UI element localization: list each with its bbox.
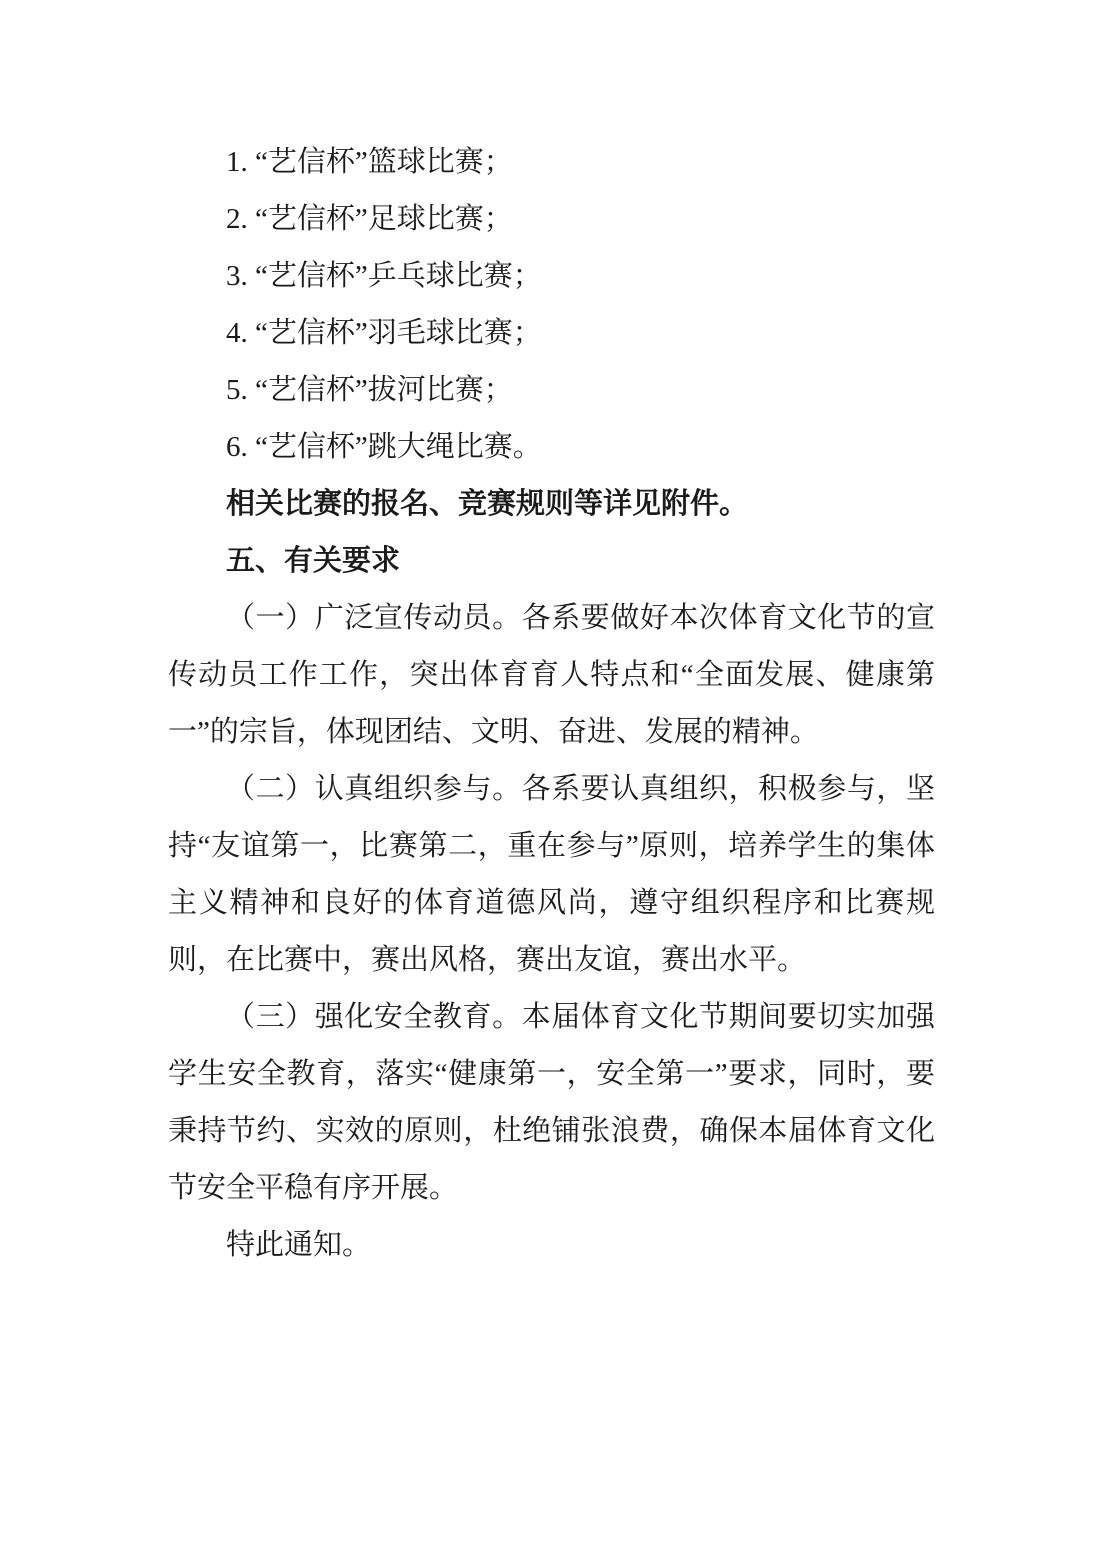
document-page: 1. “艺信杯”篮球比赛； 2. “艺信杯”足球比赛； 3. “艺信杯”乒乓球比…: [168, 134, 935, 1274]
paragraph-lead: （二）认真组织参与。: [226, 773, 522, 805]
attachment-note: 相关比赛的报名、竞赛规则等详见附件。: [168, 476, 935, 533]
paragraph-lead: （一）广泛宣传动员。: [226, 602, 522, 634]
paragraph-publicity: （一）广泛宣传动员。各系要做好本次体育文化节的宣传动员工作工作，突出体育育人特点…: [168, 590, 935, 761]
list-item-jump-rope: 6. “艺信杯”跳大绳比赛。: [168, 419, 935, 476]
paragraph-safety: （三）强化安全教育。本届体育文化节期间要切实加强学生安全教育，落实“健康第一，安…: [168, 989, 935, 1217]
paragraph-organization: （二）认真组织参与。各系要认真组织，积极参与，坚持“友谊第一，比赛第二，重在参与…: [168, 761, 935, 989]
list-item-badminton: 4. “艺信杯”羽毛球比赛；: [168, 305, 935, 362]
closing-line: 特此通知。: [168, 1217, 935, 1274]
list-item-table-tennis: 3. “艺信杯”乒乓球比赛；: [168, 248, 935, 305]
section-heading: 五、有关要求: [168, 533, 935, 590]
list-item-football: 2. “艺信杯”足球比赛；: [168, 191, 935, 248]
list-item-basketball: 1. “艺信杯”篮球比赛；: [168, 134, 935, 191]
list-item-tug-of-war: 5. “艺信杯”拔河比赛；: [168, 362, 935, 419]
paragraph-lead: （三）强化安全教育。: [226, 1001, 522, 1033]
